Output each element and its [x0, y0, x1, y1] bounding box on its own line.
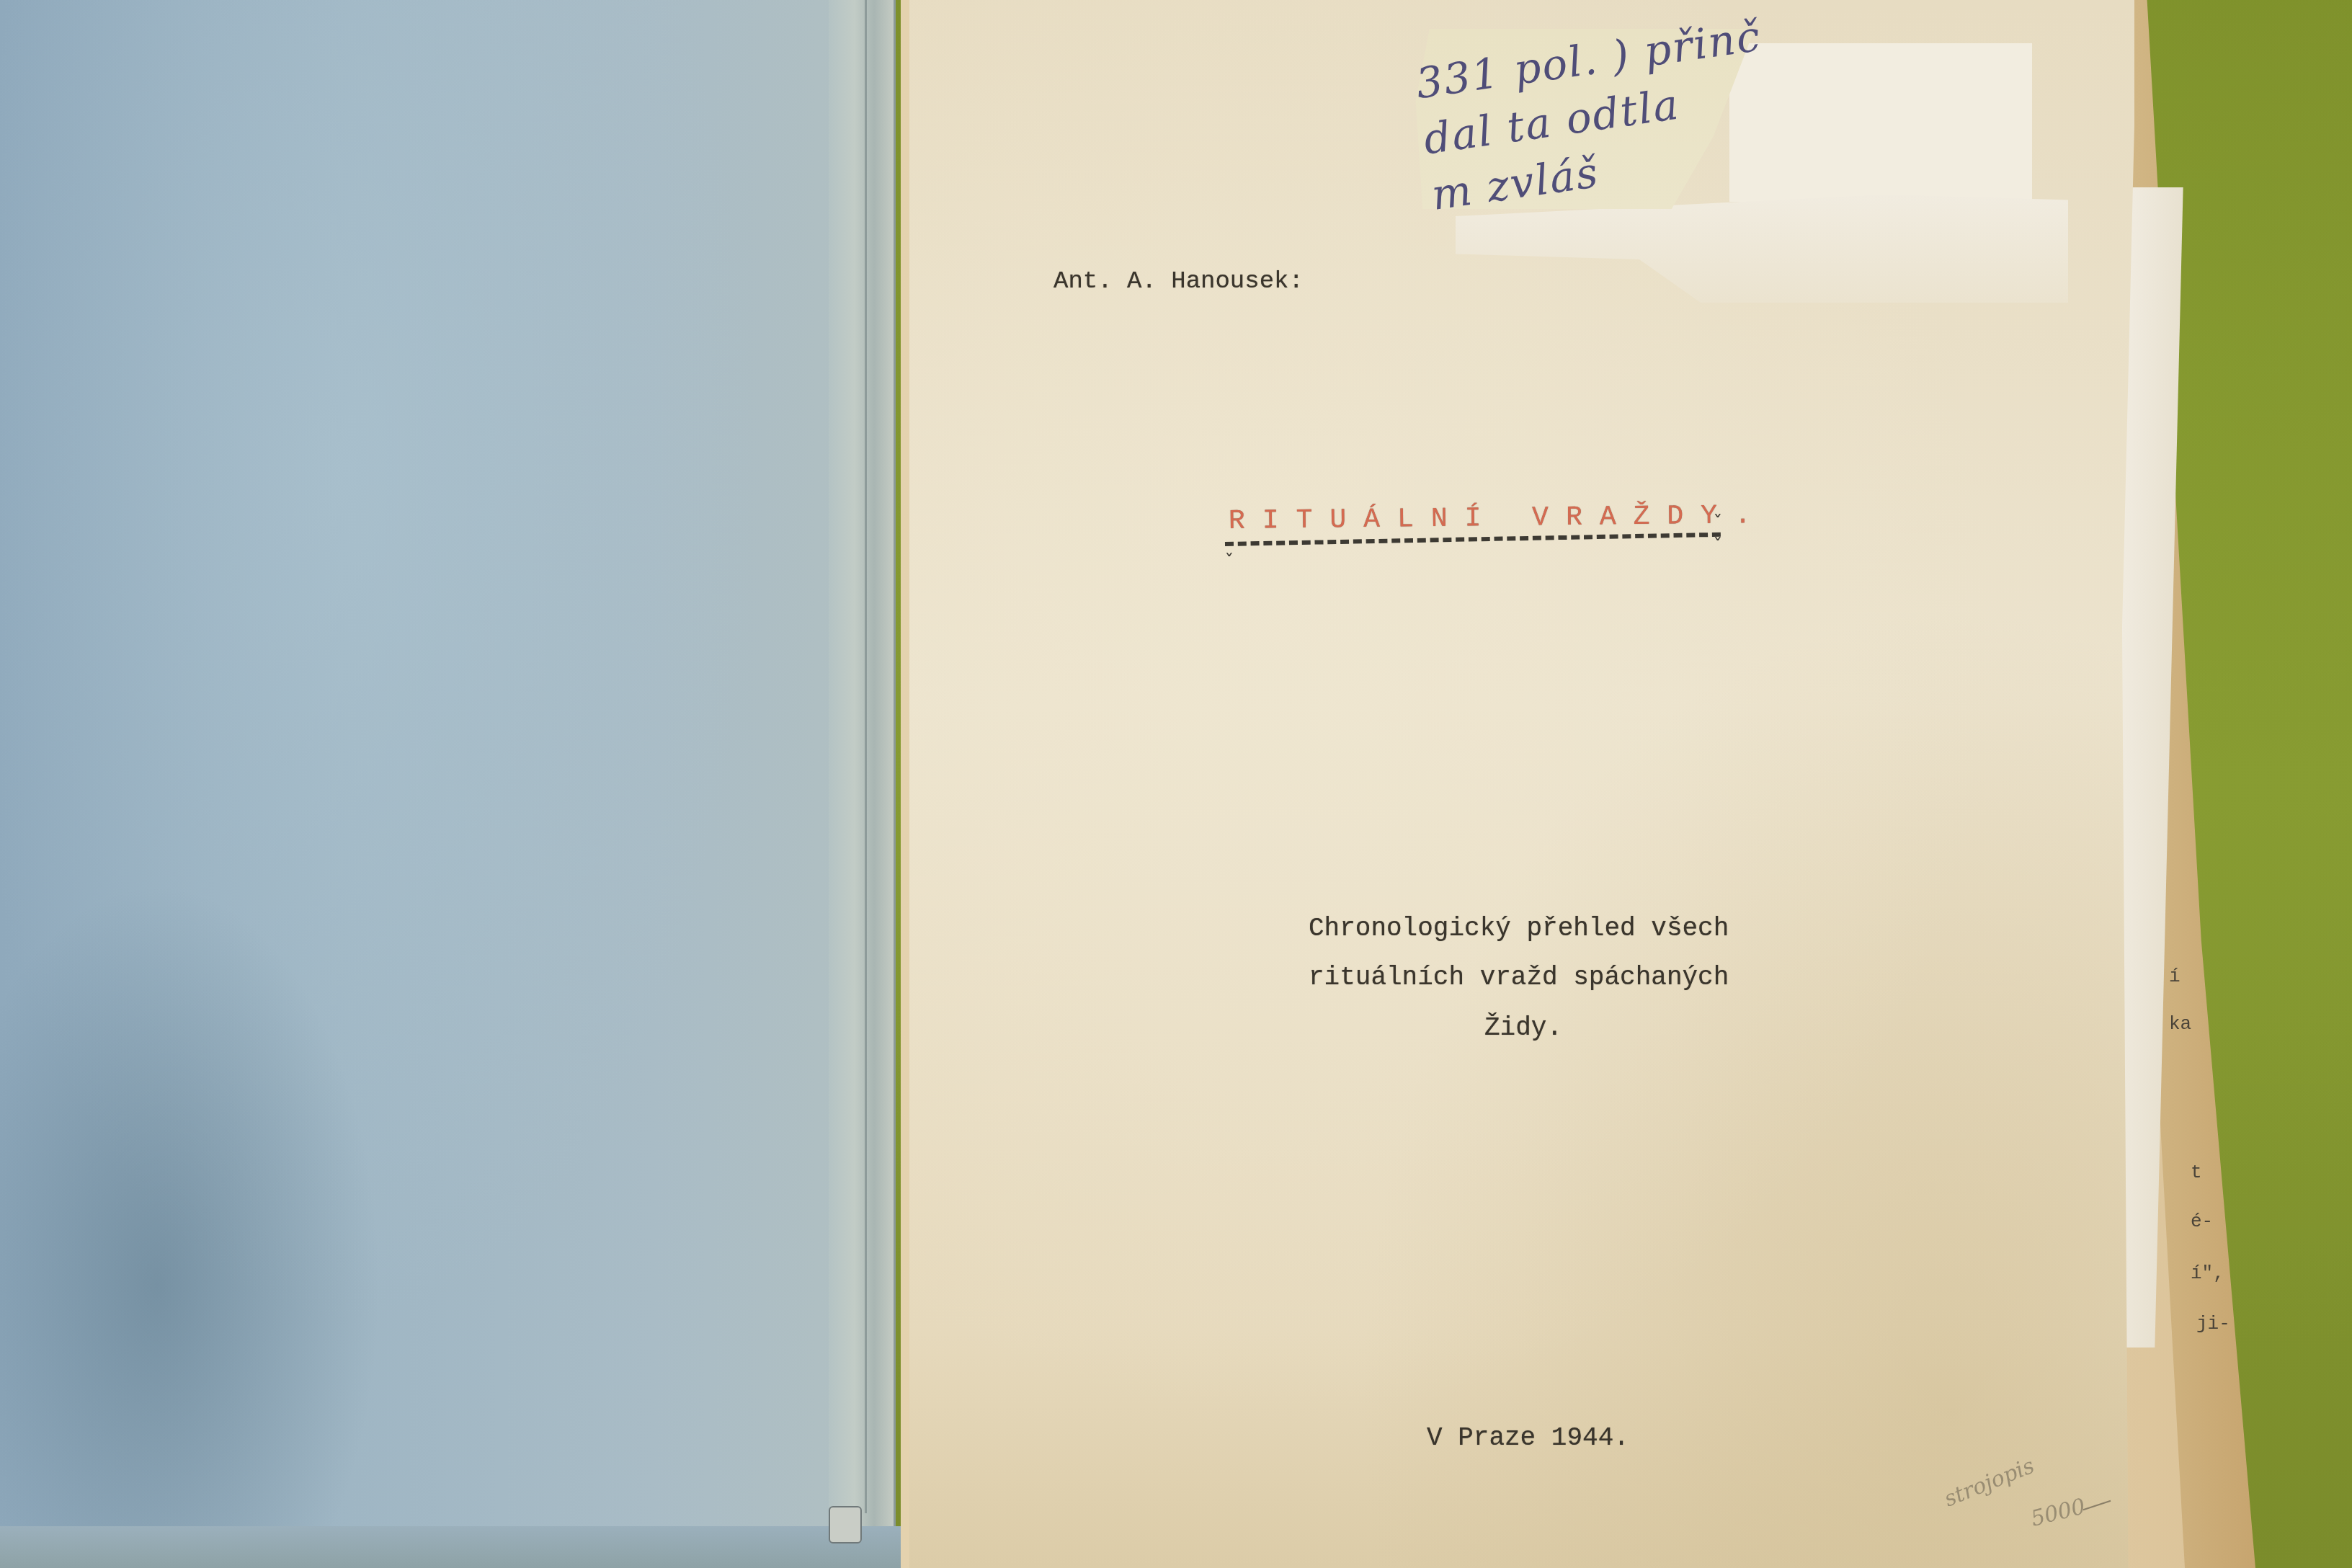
- edge-text-fragment: t: [2191, 1162, 2202, 1183]
- edge-text-fragment: é-: [2191, 1211, 2213, 1232]
- edge-text-fragment: í: [2169, 966, 2180, 987]
- folder-bottom-edge: [0, 1526, 908, 1568]
- caron-mark-icon: ˇ: [1712, 513, 1724, 535]
- subtitle-line-1: Chronologický přehled všech: [1309, 914, 1729, 943]
- subtitle-line-3: Židy.: [1484, 1013, 1562, 1043]
- edge-text-fragment: í",: [2191, 1262, 2224, 1284]
- caron-mark-icon: ˇ: [1224, 552, 1235, 574]
- caron-mark-icon: ˇ: [1712, 536, 1724, 558]
- folder-inner-cover: [0, 0, 872, 1568]
- author-line: Ant. A. Hanousek:: [1053, 268, 1304, 295]
- subtitle-line-2: rituálních vražd spáchaných: [1309, 963, 1729, 992]
- place-and-date: V Praze 1944.: [1427, 1423, 1629, 1453]
- edge-text-fragment: ka: [2169, 1013, 2191, 1035]
- paper-tab: [1729, 43, 2032, 202]
- folder-spine: [829, 0, 896, 1528]
- folder-fastener-icon: [829, 1506, 862, 1543]
- document-title: RITUÁLNÍ VRAŽDY.: [1229, 500, 1768, 537]
- edge-text-fragment: ji-: [2196, 1313, 2230, 1335]
- spine-crease: [865, 0, 867, 1513]
